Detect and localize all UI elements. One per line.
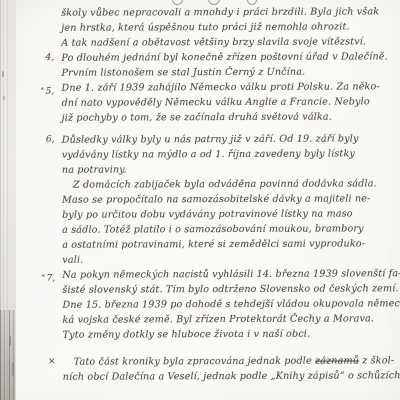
line-text: ká vojska české země. Byl zřízen Protekt…: [63, 313, 375, 325]
handwritten-line: šisté slovenský stát. Tím bylo odtrženo …: [62, 281, 398, 297]
line-text: byly po určitou dobu vydávány potravinov…: [62, 208, 353, 220]
scan-artifact: [12, 362, 14, 376]
scan-edge-shadow: [0, 310, 15, 400]
line-text: Tyto změny dotkly se hluboce života i v …: [63, 329, 311, 341]
handwritten-line: ⁎7,Na pokyn německých nacistů vyhlásili …: [62, 266, 398, 282]
line-text: školy vůbec nepracovali a mnohdy i práci…: [61, 6, 379, 18]
scan-artifact: [9, 336, 11, 346]
line-text: Tato část kroniky byla zpracována jednak…: [74, 356, 315, 368]
line-text: Z domácích zabijaček byla odváděna povin…: [73, 178, 377, 190]
line-text: Po dlouhém jednání byl konečně zřízen po…: [61, 51, 387, 63]
handwritten-line: a ostatními potravinami, které si zemědě…: [62, 236, 398, 252]
line-text: A tak nadšení a obětavost většiny brzy s…: [61, 36, 366, 48]
handwritten-line: dní nato vypověděly Německu válku Anglie…: [62, 94, 398, 110]
handwritten-line: vali.: [62, 251, 398, 267]
line-text: Dne 15. března 1939 po dohodě s tehdejší…: [62, 298, 400, 310]
handwritten-text-block: školy vůbec nepracovali a mnohdy i práci…: [61, 4, 399, 384]
handwritten-line: na potraviny.: [62, 161, 398, 177]
line-text: z škol-: [359, 355, 394, 366]
line-text: Důsledky války byly u nás patrny již v z…: [62, 133, 359, 145]
handwritten-line: Tyto změny dotkly se hluboce života i v …: [63, 326, 399, 342]
handwritten-line: A tak nadšení a obětavost většiny brzy s…: [61, 34, 397, 50]
line-text: na potraviny.: [62, 164, 127, 175]
handwritten-line: 4,Po dlouhém jednání byl konečně zřízen …: [61, 49, 397, 65]
line-text: vali.: [62, 255, 83, 266]
chronicle-paragraph: školy vůbec nepracovali a mnohdy i práci…: [61, 4, 397, 50]
line-text: Prvním listonošem se stal Justin Černý z…: [61, 67, 305, 79]
handwritten-line: ⁎5,Dne 1. září 1939 zahájilo Německo vál…: [62, 79, 398, 95]
line-text: dní nato vypověděly Německu válku Anglie…: [62, 96, 370, 108]
chronicle-item-5: ⁎5,Dne 1. září 1939 zahájilo Německo vál…: [62, 79, 398, 125]
handwritten-line: ních obcí Dalečína a Veselí, jednak podl…: [63, 368, 399, 384]
chronicle-item-6: 6,Důsledky války byly u nás patrny již v…: [62, 131, 398, 177]
line-text: Dne 1. září 1939 zahájilo Německo válku …: [62, 81, 380, 93]
margin-asterisk-mark: ⁎: [41, 84, 44, 92]
handwritten-line: 6,Důsledky války byly u nás patrny již v…: [62, 131, 398, 147]
line-text: a ostatními potravinami, které si zemědě…: [62, 238, 365, 250]
handwritten-line: vydávány lístky na mýdlo a od 1. října z…: [62, 146, 398, 162]
line-text: šisté slovenský stát. Tím bylo odtrženo …: [62, 283, 398, 295]
scan-artifact: [2, 71, 4, 77]
chronicle-item-7: ⁎7,Na pokyn německých nacistů vyhlásili …: [62, 266, 398, 342]
margin-item-number: 6,: [46, 133, 62, 148]
handwritten-line: Z domácích zabijaček byla odváděna povin…: [62, 176, 398, 192]
chronicle-paragraph: Z domácích zabijaček byla odváděna povin…: [62, 176, 398, 267]
line-text: Maso se propočítalo na samozásobitelské …: [62, 193, 371, 205]
scanned-chronicle-page: { "colors": { "paper": "#fbfaf7", "ink":…: [0, 0, 400, 400]
handwritten-line: a sádlo. Totéž platilo i o samozásobován…: [62, 221, 398, 237]
chronicle-item-: ×Tato část kroniky byla zpracována jedna…: [63, 353, 399, 384]
scan-artifact: [3, 96, 5, 100]
line-text: jen hrstka, která úspěšnou tuto práci ji…: [61, 21, 349, 33]
line-text: Na pokyn německých nacistů vyhlásili 14.…: [62, 268, 400, 280]
handwritten-line: Prvním listonošem se stal Justin Černý z…: [61, 64, 397, 80]
margin-item-number: ⁎5,: [41, 81, 62, 100]
line-text: a sádlo. Totéž platilo i o samozásobován…: [62, 223, 364, 235]
handwritten-line: Maso se propočítalo na samozásobitelské …: [62, 191, 398, 207]
margin-item-number: ⁎7,: [42, 268, 63, 287]
handwritten-line: ×Tato část kroniky byla zpracována jedna…: [63, 353, 399, 369]
handwritten-line: byly po určitou dobu vydávány potravinov…: [62, 206, 398, 222]
handwritten-line: již pochyby o tom, že se začínala druhá …: [62, 109, 398, 125]
margin-item-number: ×: [48, 355, 63, 370]
struck-word: záznamů: [315, 355, 359, 366]
line-text: již pochyby o tom, že se začínala druhá …: [62, 112, 332, 124]
line-text: vydávány lístky na mýdlo a od 1. října z…: [62, 148, 355, 160]
handwritten-line: jen hrstka, která úspěšnou tuto práci ji…: [61, 19, 397, 35]
handwritten-line: školy vůbec nepracovali a mnohdy i práci…: [61, 4, 397, 20]
line-text: ních obcí Dalečína a Veselí, jednak podl…: [63, 370, 400, 382]
chronicle-item-4: 4,Po dlouhém jednání byl konečně zřízen …: [61, 49, 397, 80]
handwritten-line: Dne 15. března 1939 po dohodě s tehdejší…: [62, 296, 398, 312]
margin-item-number: 4,: [45, 51, 61, 66]
handwritten-line: ká vojska české země. Byl zřízen Protekt…: [63, 311, 399, 327]
margin-asterisk-mark: ⁎: [42, 271, 45, 279]
